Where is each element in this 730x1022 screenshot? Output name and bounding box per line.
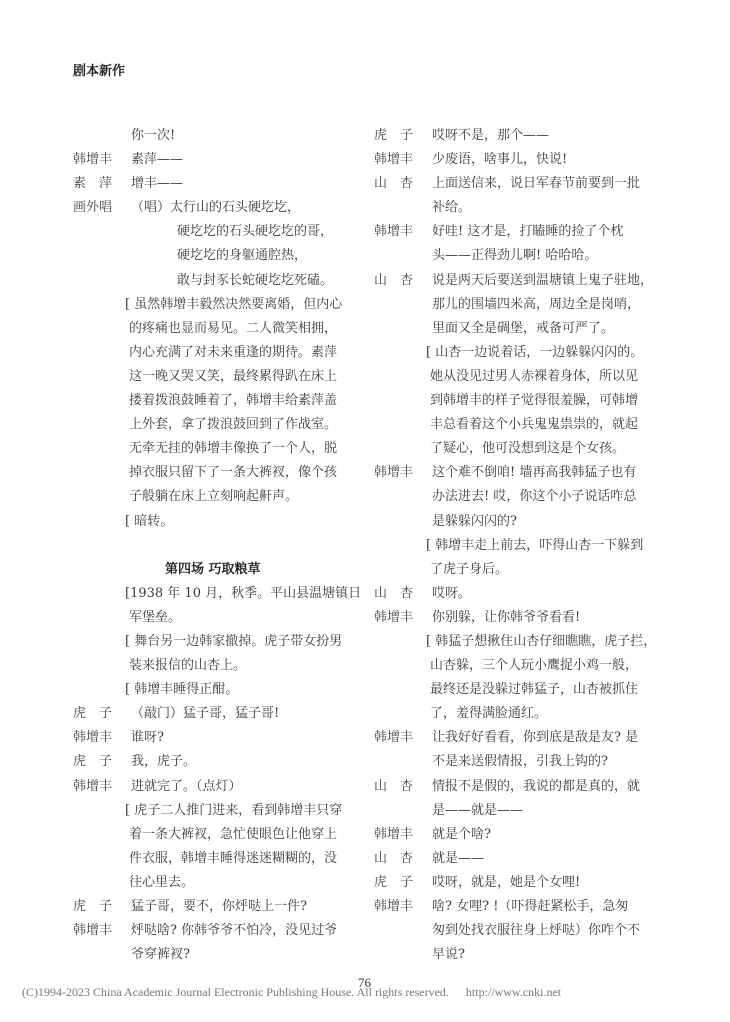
stage-direction-line: 了，羞得满脸通红。 [374,702,664,726]
line-text: 这一晚又哭又笑，最终累得趴在床上 [129,365,337,389]
stage-direction-line: 这一晚又哭又笑，最终累得趴在床上 [73,365,363,389]
line-text: 哎呀不是，那个—— [432,124,549,148]
stage-direction-line: 往心里去。 [73,871,363,895]
blank-line [73,534,363,558]
speaker-name: 韩增丰 [73,148,125,172]
line-text: 硬圪圪的石头硬圪圪的哥， [177,220,333,244]
speaker-name: 韩增丰 [374,461,426,485]
line-text: [ 韩增丰走上前去，吓得山杏一下躲到 [426,534,643,558]
line-text: [ 舞台另一边韩家撤掉。虎子带女扮男 [125,630,342,654]
dialog-line: 虎 子我，虎子。 [73,750,363,774]
dialog-line: 匆到处找衣服往身上烀哒）你咋个不 [374,919,664,943]
cnki-link[interactable]: http://www.cnki.net [466,985,561,999]
line-text: 情报不是假的，我说的都是真的，就 [432,775,640,799]
copyright-text: (C)1994-2023 China Academic Journal Elec… [22,985,449,999]
line-text: 了，羞得满脸通红。 [430,702,547,726]
line-text: 就是个啥? [432,823,491,847]
line-text: 件衣服，韩增丰睡得迷迷糊糊的，没 [129,847,337,871]
speaker-name: 虎 子 [73,895,125,919]
line-text: 是躲躲闪闪的? [432,510,517,534]
stage-direction-line: 子般躺在床上立刻响起鼾声。 [73,485,363,509]
speaker-name: 韩增丰 [374,148,426,172]
line-text: 是——就是—— [432,799,523,823]
stage-direction-line: [ 虽然韩增丰毅然决然要离婚，但内心 [73,293,363,317]
line-text: 敢与封豕长蛇硬圪圪死磕。 [177,269,333,293]
line-text: 这个难不倒咱! 墙再高我韩猛子也有 [432,461,636,485]
line-text: 少废语，啥事儿，快说! [432,148,567,172]
stage-direction-line: 上外套，拿了拨浪鼓回到了作战室。 [73,413,363,437]
speaker-name: 山 杏 [374,172,426,196]
speaker-name: 虎 子 [374,124,426,148]
copyright-footer: (C)1994-2023 China Academic Journal Elec… [22,985,561,1000]
line-text: 上面送信来，说日军春节前要到一批 [432,172,640,196]
stage-direction-line: 山杏躲，三个人玩小鹰捉小鸡一般， [374,654,664,678]
dialog-line: 是躲躲闪闪的? [374,510,664,534]
dialog-line: 韩增丰让我好好看看，你到底是敌是友? 是 [374,726,664,750]
line-text: 到韩增丰的样子觉得很羞臊，可韩增 [430,389,638,413]
dialog-line: 头——正得劲儿啊! 哈哈哈。 [374,244,664,268]
speaker-name: 虎 子 [73,702,125,726]
line-text: 她从没见过男人赤裸着身体，所以见 [430,365,638,389]
dialog-line: 是——就是—— [374,799,664,823]
stage-direction-line: [1938 年 10 月，秋季。平山县温塘镇日 [73,582,363,606]
speaker-name: 韩增丰 [374,726,426,750]
dialog-line: 韩增丰烀哒啥? 你韩爷爷不怕冷，没见过爷 [73,919,363,943]
stage-direction-line: 内心充满了对未来重逢的期待。素萍 [73,341,363,365]
line-text: 着一条大裤衩，急忙使眼色让他穿上 [129,823,337,847]
dialog-line: 补给。 [374,196,664,220]
line-text: 你别躲，让你韩爷爷看看! [432,606,580,630]
dialog-line: 韩增丰你别躲，让你韩爷爷看看! [374,606,664,630]
dialog-line: 韩增丰就是个啥? [374,823,664,847]
stage-direction-line: 件衣服，韩增丰睡得迷迷糊糊的，没 [73,847,363,871]
line-text: 装来报信的山杏上。 [129,654,246,678]
dialog-line: 韩增丰这个难不倒咱! 墙再高我韩猛子也有 [374,461,664,485]
stage-direction-line: [ 韩增丰走上前去，吓得山杏一下躲到 [374,534,664,558]
dialog-line: 虎 子猛子哥，要不，你烀哒上一件? [73,895,363,919]
line-text: 掉衣服只留下了一条大裤衩，像个孩 [129,461,337,485]
speaker-name: 韩增丰 [374,220,426,244]
stage-direction-line: 搂着拨浪鼓睡着了，韩增丰给素萍盖 [73,389,363,413]
dialog-line: 那儿的围墙四米高，周边全是岗哨， [374,293,664,317]
line-text: 那儿的围墙四米高，周边全是岗哨， [432,293,640,317]
stage-direction-line: [ 舞台另一边韩家撤掉。虎子带女扮男 [73,630,363,654]
stage-direction-line: 的疼痛也显而易见。二人微笑相拥， [73,317,363,341]
dialog-line: 韩增丰啥? 女哩? !（吓得赶紧松手，急匆 [374,895,664,919]
line-text: [ 韩增丰睡得正酣。 [125,678,238,702]
line-text: 谁呀? [131,726,164,750]
line-text: [1938 年 10 月，秋季。平山县温塘镇日 [125,582,361,606]
line-text: 你一次! [131,124,175,148]
line-text: 烀哒啥? 你韩爷爷不怕冷，没见过爷 [131,919,337,943]
line-text: （敲门）猛子哥，猛子哥! [131,702,279,726]
speaker-name: 韩增丰 [374,823,426,847]
stage-direction-line: [ 暗转。 [73,510,363,534]
line-text: 的疼痛也显而易见。二人微笑相拥， [129,317,337,341]
speaker-name: 山 杏 [374,582,426,606]
dialog-line: 山 杏哎呀。 [374,582,664,606]
line-text: [ 虽然韩增丰毅然决然要离婚，但内心 [125,293,342,317]
stage-direction-line: 无牵无挂的韩增丰像换了一个人，脱 [73,437,363,461]
stage-direction-line: 了虎子身后。 [374,558,664,582]
scene-title: 第四场 巧取粮草 [73,558,363,582]
line-text: 丰总看着这个小兵鬼鬼祟祟的，就起 [430,413,638,437]
line-text: [ 暗转。 [125,510,173,534]
stage-direction-line: [ 虎子二人推门进来，看到韩增丰只穿 [73,799,363,823]
line-text: [ 虎子二人推门进来，看到韩增丰只穿 [125,799,342,823]
right-column: 虎 子哎呀不是，那个——韩增丰少废语，啥事儿，快说!山 杏上面送信来，说日军春节… [374,124,664,967]
line-text: 子般躺在床上立刻响起鼾声。 [129,485,298,509]
line-text: 头——正得劲儿啊! 哈哈哈。 [432,244,597,268]
stage-direction-line: [ 韩猛子想揪住山杏仔细瞧瞧，虎子拦， [374,630,664,654]
stage-direction-line: 丰总看着这个小兵鬼鬼祟祟的，就起 [374,413,664,437]
dialog-line: 不是来送假情报，引我上钩的? [374,750,664,774]
line-text: 最终还是没躲过韩猛子，山杏被抓住 [430,678,638,702]
speaker-name: 素 萍 [73,172,125,196]
dialog-line: 韩增丰好哇! 这才是，打瞌睡的捡了个枕 [374,220,664,244]
speaker-name: 韩增丰 [374,606,426,630]
line-text: 补给。 [432,196,471,220]
line-text: 进就完了。（点灯） [131,775,242,799]
line-text: 猛子哥，要不，你烀哒上一件? [131,895,307,919]
speaker-name: 山 杏 [374,269,426,293]
dialog-line: 爷穿裤衩? [73,943,363,967]
line-text: 素萍—— [131,148,183,172]
stage-direction-line: 掉衣服只留下了一条大裤衩，像个孩 [73,461,363,485]
dialog-line: 画外唱（唱）太行山的石头硬圪圪， [73,196,363,220]
line-text: 军堡垒。 [129,606,181,630]
dialog-line: 韩增丰谁呀? [73,726,363,750]
line-text: 第四场 巧取粮草 [165,558,261,582]
line-text: 增丰—— [131,172,183,196]
stage-direction-line: 了疑心，他可没想到这是个女孩。 [374,437,664,461]
line-text: 我，虎子。 [131,750,196,774]
dialog-line: 山 杏上面送信来，说日军春节前要到一批 [374,172,664,196]
line-text: 山杏躲，三个人玩小鹰捉小鸡一般， [430,654,638,678]
dialog-line: 硬圪圪的身躯通腔热， [73,244,363,268]
dialog-line: 早说? [374,943,664,967]
speaker-name: 韩增丰 [73,775,125,799]
line-text: 哎呀，就是，她是个女哩! [432,871,580,895]
stage-direction-line: 最终还是没躲过韩猛子，山杏被抓住 [374,678,664,702]
stage-direction-line: [ 韩增丰睡得正酣。 [73,678,363,702]
speaker-name: 山 杏 [374,847,426,871]
speaker-name: 画外唱 [73,196,125,220]
speaker-name: 山 杏 [374,775,426,799]
dialog-line: 山 杏情报不是假的，我说的都是真的，就 [374,775,664,799]
dialog-line: 韩增丰素萍—— [73,148,363,172]
stage-direction-line: [ 山杏一边说着话，一边躲躲闪闪的。 [374,341,664,365]
stage-direction-line: 装来报信的山杏上。 [73,654,363,678]
line-text: 好哇! 这才是，打瞌睡的捡了个枕 [432,220,623,244]
line-text: 上外套，拿了拨浪鼓回到了作战室。 [129,413,337,437]
speaker-name: 韩增丰 [73,919,125,943]
line-text: 爷穿裤衩? [131,943,190,967]
line-text: [ 山杏一边说着话，一边躲躲闪闪的。 [426,341,643,365]
line-text: 啥? 女哩? !（吓得赶紧松手，急匆 [432,895,628,919]
line-text: 不是来送假情报，引我上钩的? [432,750,608,774]
line-text: 早说? [432,943,465,967]
speaker-name: 虎 子 [73,750,125,774]
dialog-line: 韩增丰少废语，啥事儿，快说! [374,148,664,172]
line-text: 办法进去! 哎，你这个小子说话咋总 [432,485,636,509]
line-text: [ 韩猛子想揪住山杏仔细瞧瞧，虎子拦， [426,630,656,654]
dialog-line: 韩增丰进就完了。（点灯） [73,775,363,799]
dialog-line: 你一次! [73,124,363,148]
left-column: 你一次!韩增丰素萍——素 萍增丰——画外唱（唱）太行山的石头硬圪圪，硬圪圪的石头… [73,124,363,967]
dialog-line: 虎 子哎呀不是，那个—— [374,124,664,148]
speaker-name: 韩增丰 [374,895,426,919]
line-text: 让我好好看看，你到底是敌是友? 是 [432,726,638,750]
line-text: （唱）太行山的石头硬圪圪， [131,196,300,220]
line-text: 里面又全是碉堡，戒备可严了。 [432,317,614,341]
line-text: 了虎子身后。 [430,558,508,582]
stage-direction-line: 着一条大裤衩，急忙使眼色让他穿上 [73,823,363,847]
speaker-name: 虎 子 [374,871,426,895]
speaker-name: 韩增丰 [73,726,125,750]
line-text: 往心里去。 [129,871,194,895]
line-text: 说是两天后要送到温塘镇上鬼子驻地， [432,269,653,293]
dialog-line: 虎 子（敲门）猛子哥，猛子哥! [73,702,363,726]
line-text: 就是—— [432,847,484,871]
stage-direction-line: 军堡垒。 [73,606,363,630]
dialog-line: 里面又全是碉堡，戒备可严了。 [374,317,664,341]
line-text: 了疑心，他可没想到这是个女孩。 [430,437,625,461]
dialog-line: 敢与封豕长蛇硬圪圪死磕。 [73,269,363,293]
stage-direction-line: 到韩增丰的样子觉得很羞臊，可韩增 [374,389,664,413]
dialog-line: 虎 子哎呀，就是，她是个女哩! [374,871,664,895]
line-text: 匆到处找衣服往身上烀哒）你咋个不 [432,919,640,943]
dialog-line: 办法进去! 哎，你这个小子说话咋总 [374,485,664,509]
dialog-line: 硬圪圪的石头硬圪圪的哥， [73,220,363,244]
stage-direction-line: 她从没见过男人赤裸着身体，所以见 [374,365,664,389]
line-text: 哎呀。 [432,582,471,606]
dialog-line: 山 杏说是两天后要送到温塘镇上鬼子驻地， [374,269,664,293]
line-text: 搂着拨浪鼓睡着了，韩增丰给素萍盖 [129,389,337,413]
dialog-line: 山 杏就是—— [374,847,664,871]
line-text: 硬圪圪的身躯通腔热， [177,244,307,268]
line-text: 内心充满了对未来重逢的期待。素萍 [129,341,337,365]
section-header: 剧本新作 [73,60,125,79]
dialog-line: 素 萍增丰—— [73,172,363,196]
line-text: 无牵无挂的韩增丰像换了一个人，脱 [129,437,337,461]
